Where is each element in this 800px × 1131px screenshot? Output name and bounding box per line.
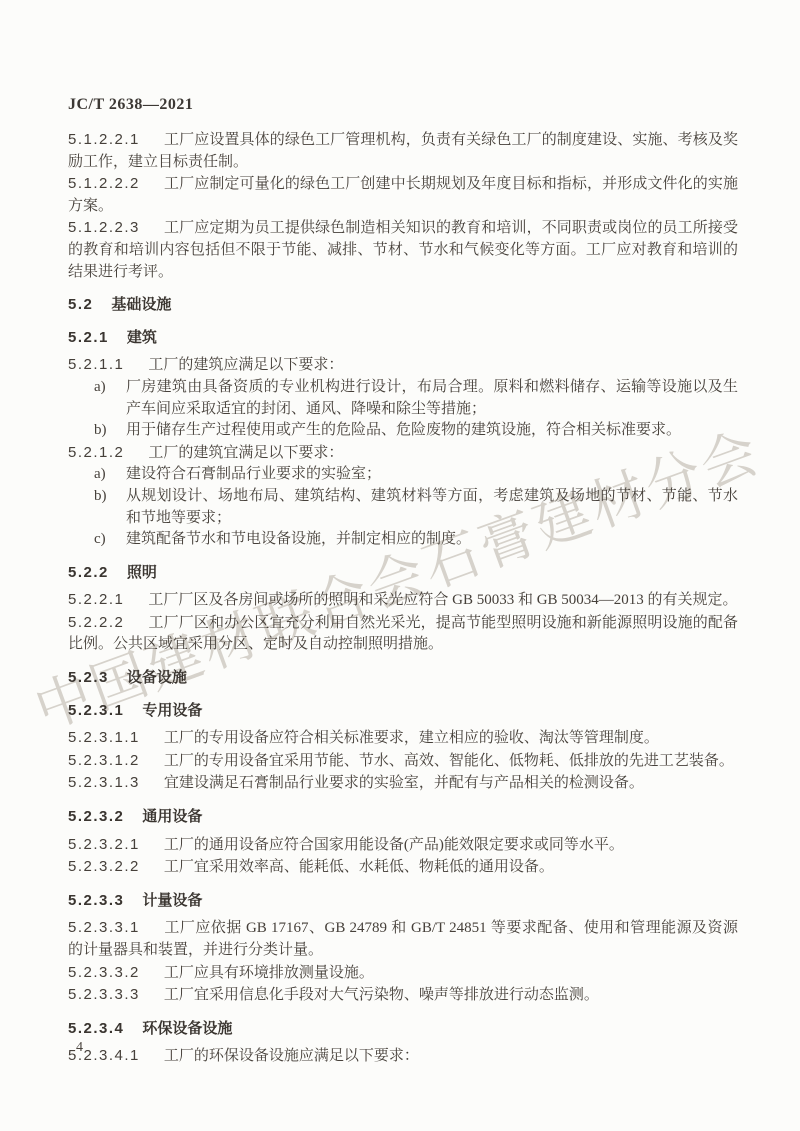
clause-number: 5.1.2.2.1: [68, 131, 140, 148]
clause-paragraph: 5.2.3.3.3工厂宜采用信息化手段对大气污染物、噪声等排放进行动态监测。: [68, 984, 738, 1007]
list-item-text: 厂房建筑由具备资质的专业机构进行设计，布局合理。原料和燃料储存、运输等设施以及生…: [126, 379, 738, 417]
section-heading-text: 环保设备设施: [142, 1020, 232, 1037]
section-heading-text: 建筑: [127, 329, 157, 346]
clause-number: 5.2.2.2: [68, 614, 124, 631]
section-heading-text: 通用设备: [142, 808, 202, 825]
clause-text: 工厂厂区和办公区宜充分利用自然光采光，提高节能型照明设施和新能源照明设施的配备比…: [68, 615, 738, 653]
section-heading: 5.2基础设施: [68, 294, 738, 316]
clause-number: 5.2.1: [68, 329, 109, 346]
clause-number: 5.2: [68, 296, 93, 313]
list-item-text: 用于储存生产过程使用或产生的危险品、危险废物的建筑设施，符合相关标准要求。: [126, 422, 681, 438]
clause-paragraph: 5.1.2.2.2工厂应制定可量化的绿色工厂创建中长期规划及年度目标和指标，并形…: [68, 173, 738, 217]
list-item: b)用于储存生产过程使用或产生的危险品、危险废物的建筑设施，符合相关标准要求。: [68, 420, 738, 442]
clause-number: 5.2.3.1.1: [68, 729, 140, 746]
list-item: a)厂房建筑由具备资质的专业机构进行设计，布局合理。原料和燃料储存、运输等设施以…: [68, 377, 738, 420]
list-item-text: 从规划设计、场地布局、建筑结构、建筑材料等方面，考虑建筑及场地的节材、节能、节水…: [126, 488, 738, 526]
clause-text: 工厂应定期为员工提供绿色制造相关知识的教育和培训，不同职责或岗位的员工所接受的教…: [68, 220, 738, 279]
document-page: 中国建材联合会石膏建材分会 JC/T 2638—2021 5.1.2.2.1工厂…: [0, 0, 800, 1131]
clause-number: 5.1.2.2.2: [68, 175, 140, 192]
clause-number: 5.2.3.3.2: [68, 964, 140, 981]
list-item-label: a): [94, 464, 106, 486]
clause-text: 工厂的建筑宜满足以下要求：: [148, 445, 343, 461]
clause-paragraph: 5.1.2.2.3工厂应定期为员工提供绿色制造相关知识的教育和培训，不同职责或岗…: [68, 217, 738, 283]
clause-text: 工厂厂区及各房间或场所的照明和采光应符合 GB 50033 和 GB 50034…: [148, 592, 737, 608]
clause-paragraph: 5.2.3.3.1工厂应依据 GB 17167、GB 24789 和 GB/T …: [68, 917, 738, 961]
section-heading: 5.2.3.2通用设备: [68, 806, 738, 828]
clause-text: 工厂的专用设备应符合相关标准要求，建立相应的验收、淘汰等管理制度。: [164, 730, 659, 746]
clause-number: 5.2.3.3.3: [68, 986, 140, 1003]
clause-number: 5.2.3.4: [68, 1020, 124, 1037]
section-heading-text: 照明: [127, 564, 157, 581]
clause-paragraph: 5.2.3.4.1工厂的环保设备设施应满足以下要求：: [68, 1045, 738, 1068]
clause-text: 工厂应依据 GB 17167、GB 24789 和 GB/T 24851 等要求…: [68, 920, 738, 958]
clause-number: 5.2.1.2: [68, 444, 124, 461]
list-item: b)从规划设计、场地布局、建筑结构、建筑材料等方面，考虑建筑及场地的节材、节能、…: [68, 486, 738, 529]
clause-paragraph: 5.2.3.3.2工厂应具有环境排放测量设施。: [68, 962, 738, 985]
section-heading: 5.2.3.1专用设备: [68, 700, 738, 722]
list-item-label: b): [94, 486, 107, 508]
clause-paragraph: 5.1.2.2.1工厂应设置具体的绿色工厂管理机构，负责有关绿色工厂的制度建设、…: [68, 129, 738, 173]
clause-text: 工厂应具有环境排放测量设施。: [164, 965, 374, 981]
clause-paragraph: 5.2.3.2.2工厂宜采用效率高、能耗低、水耗低、物耗低的通用设备。: [68, 856, 738, 879]
clause-number: 5.2.3.1.3: [68, 774, 140, 791]
clause-paragraph: 5.2.3.1.1工厂的专用设备应符合相关标准要求，建立相应的验收、淘汰等管理制…: [68, 727, 738, 750]
clause-paragraph: 5.2.1.2工厂的建筑宜满足以下要求：: [68, 442, 738, 465]
clause-number: 5.2.2: [68, 564, 109, 581]
page-number: 4: [76, 1040, 83, 1056]
clause-number: 5.2.3.3.1: [68, 919, 140, 936]
list-item-text: 建筑配备节水和节电设备设施，并制定相应的制度。: [126, 531, 471, 547]
list-item-label: b): [94, 420, 107, 442]
clause-text: 工厂的专用设备宜采用节能、节水、高效、智能化、低物耗、低排放的先进工艺装备。: [164, 753, 734, 769]
document-body: 5.1.2.2.1工厂应设置具体的绿色工厂管理机构，负责有关绿色工厂的制度建设、…: [68, 129, 738, 1068]
section-heading-text: 基础设施: [111, 296, 171, 313]
clause-number: 5.1.2.2.3: [68, 219, 140, 236]
section-heading-text: 设备设施: [127, 669, 187, 686]
section-heading: 5.2.3设备设施: [68, 667, 738, 689]
clause-number: 5.2.3.1: [68, 702, 124, 719]
section-heading: 5.2.2照明: [68, 562, 738, 584]
section-heading-text: 计量设备: [142, 892, 202, 909]
list-item-label: a): [94, 377, 106, 399]
clause-text: 工厂应设置具体的绿色工厂管理机构，负责有关绿色工厂的制度建设、实施、考核及奖励工…: [68, 132, 738, 170]
clause-number: 5.2.3.2.1: [68, 836, 140, 853]
page-content-area: JC/T 2638—2021 5.1.2.2.1工厂应设置具体的绿色工厂管理机构…: [0, 0, 800, 1068]
clause-paragraph: 5.2.2.2工厂厂区和办公区宜充分利用自然光采光，提高节能型照明设施和新能源照…: [68, 612, 738, 656]
clause-text: 宜建设满足石膏制品行业要求的实验室，并配有与产品相关的检测设备。: [164, 775, 644, 791]
clause-text: 工厂应制定可量化的绿色工厂创建中长期规划及年度目标和指标，并形成文件化的实施方案…: [68, 176, 738, 214]
clause-paragraph: 5.2.3.1.2工厂的专用设备宜采用节能、节水、高效、智能化、低物耗、低排放的…: [68, 750, 738, 773]
section-heading-text: 专用设备: [142, 702, 202, 719]
clause-number: 5.2.3.1.2: [68, 752, 140, 769]
clause-text: 工厂宜采用效率高、能耗低、水耗低、物耗低的通用设备。: [164, 859, 554, 875]
clause-paragraph: 5.2.2.1工厂厂区及各房间或场所的照明和采光应符合 GB 50033 和 G…: [68, 589, 738, 612]
clause-text: 工厂的环保设备设施应满足以下要求：: [164, 1048, 419, 1064]
clause-number: 5.2.1.1: [68, 356, 124, 373]
section-heading: 5.2.3.3计量设备: [68, 890, 738, 912]
clause-text: 工厂宜采用信息化手段对大气污染物、噪声等排放进行动态监测。: [164, 987, 599, 1003]
clause-number: 5.2.3.2: [68, 808, 124, 825]
clause-number: 5.2.3.3: [68, 892, 124, 909]
clause-paragraph: 5.2.1.1工厂的建筑应满足以下要求：: [68, 354, 738, 377]
clause-text: 工厂的建筑应满足以下要求：: [148, 357, 343, 373]
section-heading: 5.2.3.4环保设备设施: [68, 1018, 738, 1040]
clause-number: 5.2.2.1: [68, 591, 124, 608]
clause-paragraph: 5.2.3.1.3宜建设满足石膏制品行业要求的实验室，并配有与产品相关的检测设备…: [68, 772, 738, 795]
clause-text: 工厂的通用设备应符合国家用能设备(产品)能效限定要求或同等水平。: [164, 837, 624, 853]
section-heading: 5.2.1建筑: [68, 327, 738, 349]
list-item: a)建设符合石膏制品行业要求的实验室；: [68, 464, 738, 486]
clause-paragraph: 5.2.3.2.1工厂的通用设备应符合国家用能设备(产品)能效限定要求或同等水平…: [68, 834, 738, 857]
clause-number: 5.2.3: [68, 669, 109, 686]
standard-code-header: JC/T 2638—2021: [68, 94, 738, 116]
list-item: c)建筑配备节水和节电设备设施，并制定相应的制度。: [68, 529, 738, 551]
list-item-label: c): [94, 529, 106, 551]
list-item-text: 建设符合石膏制品行业要求的实验室；: [126, 466, 381, 482]
clause-number: 5.2.3.2.2: [68, 858, 140, 875]
